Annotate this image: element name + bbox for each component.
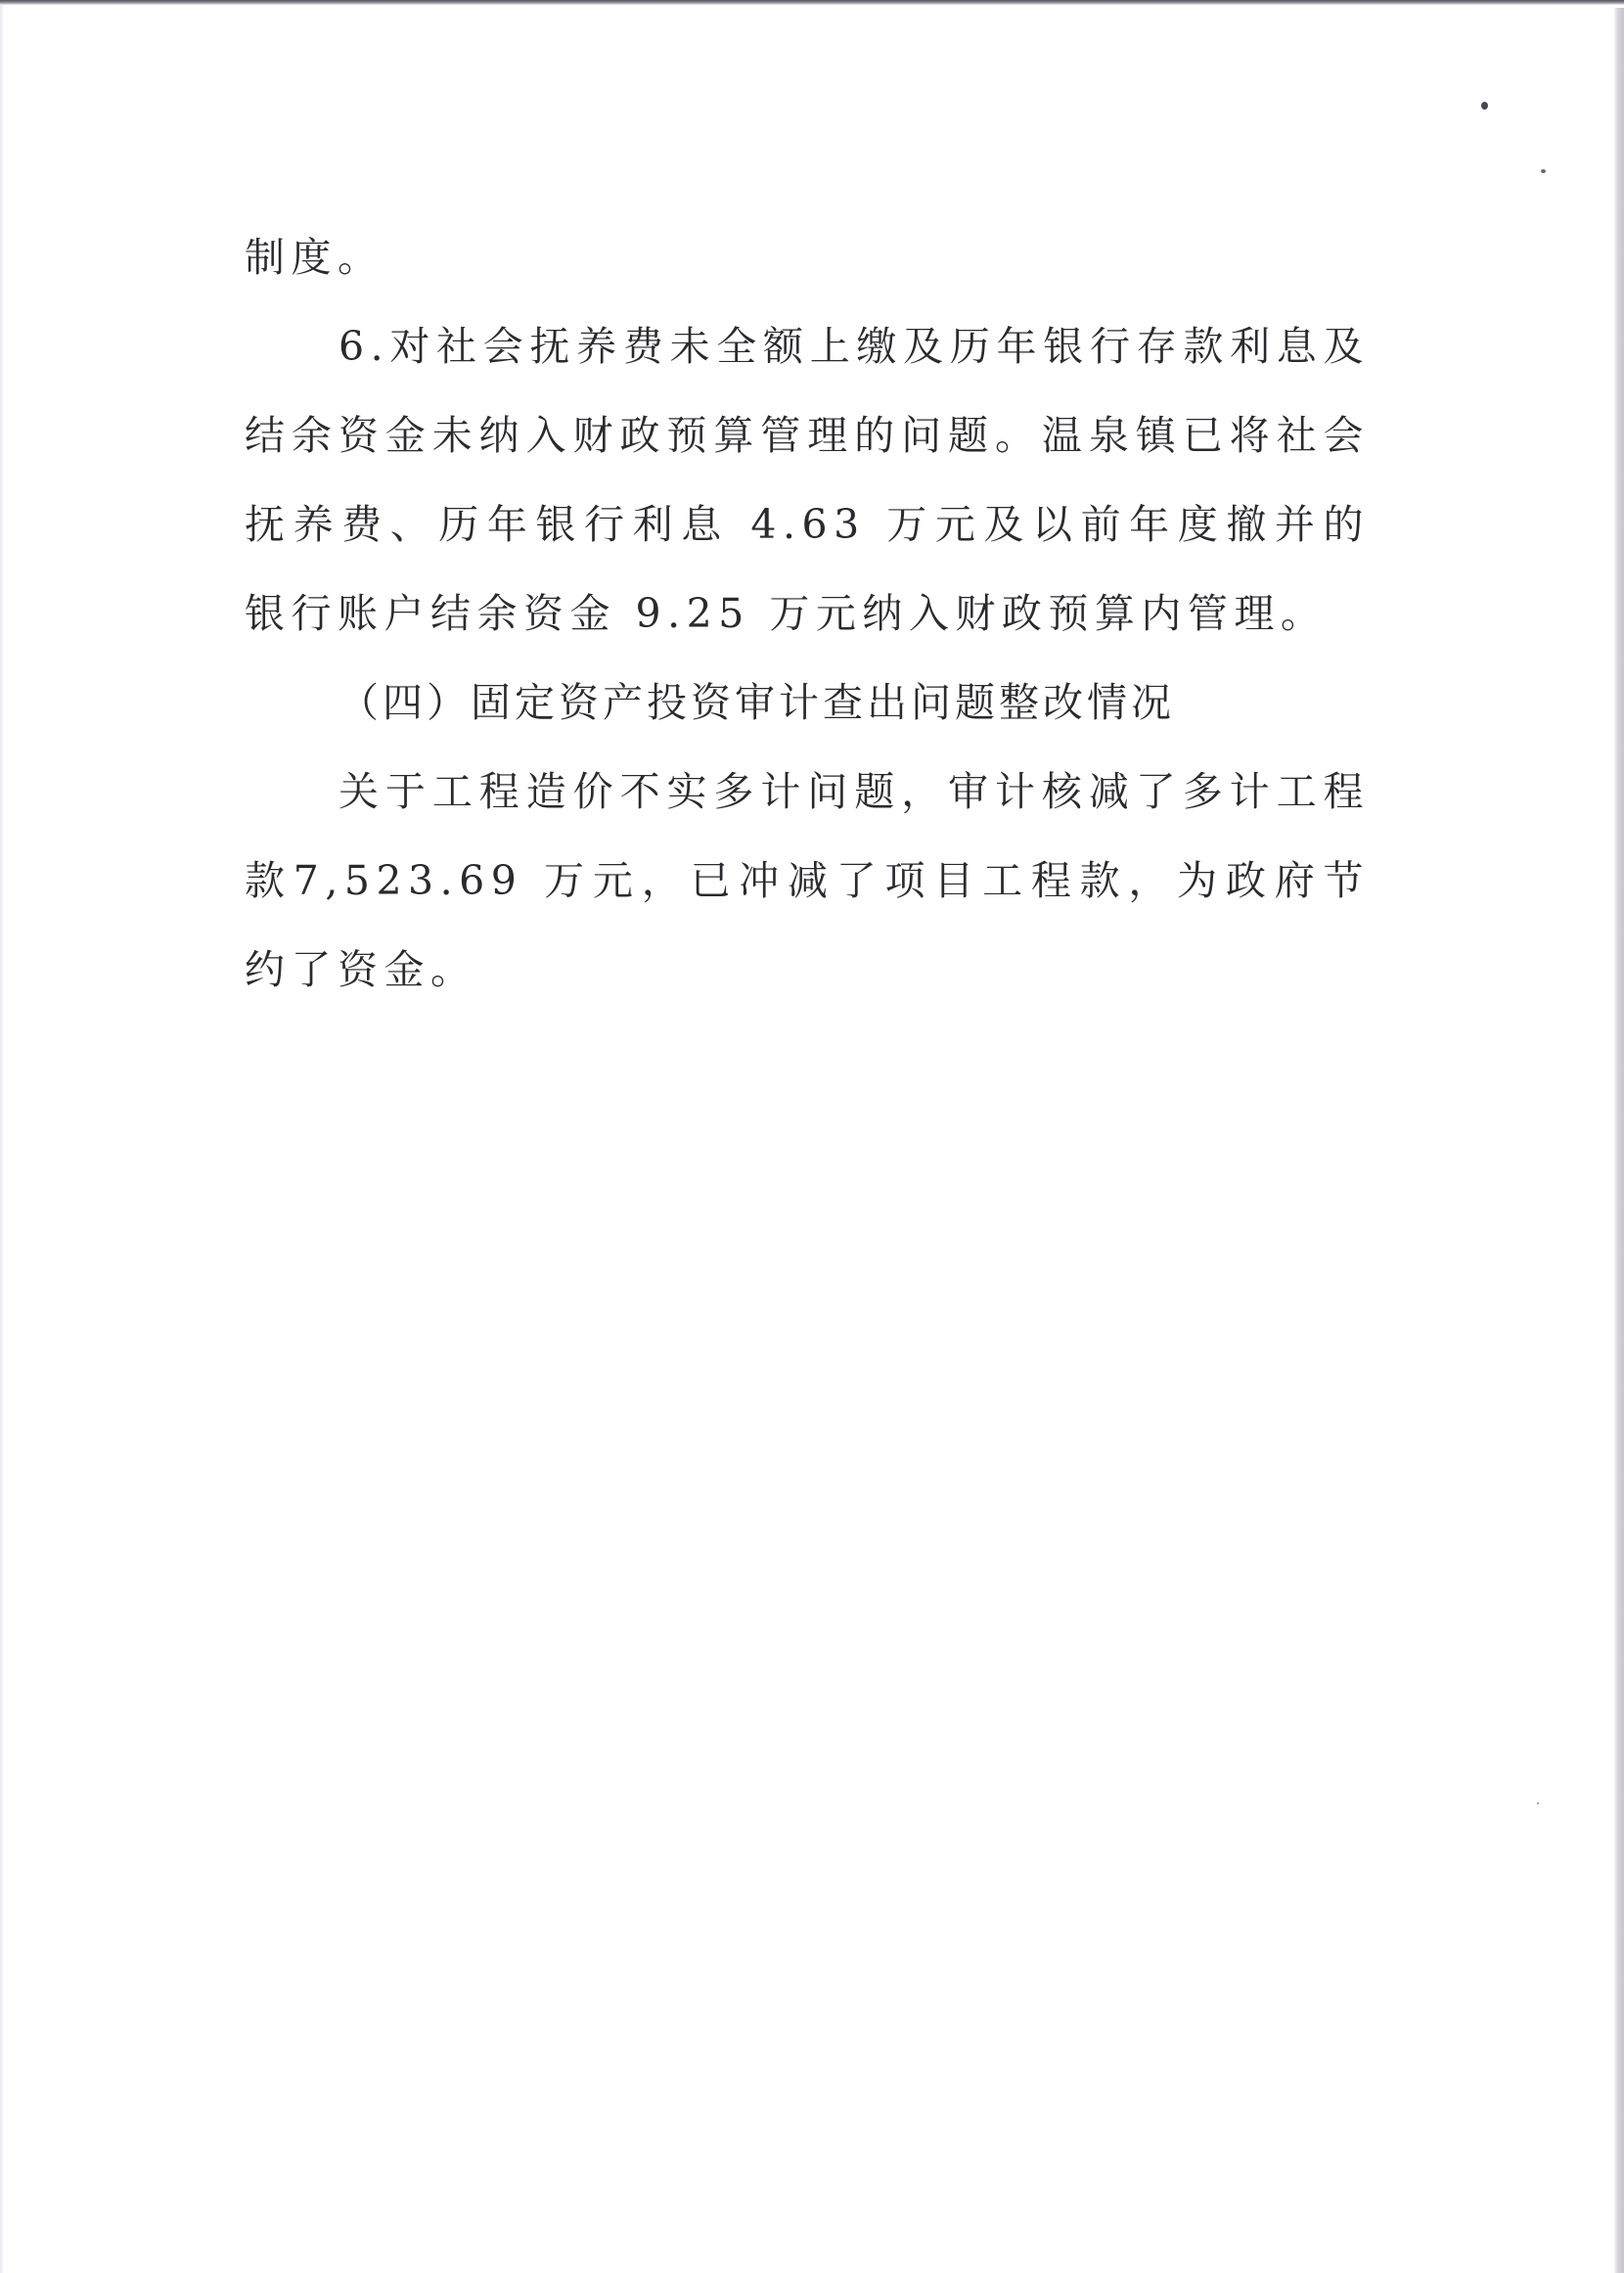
document-page-body: 制度。 6.对社会抚养费未全额上缴及历年银行存款利息及结余资金未纳入财政预算管理… [245,213,1370,1015]
section-heading: （四）固定资产投资审计查出问题整改情况 [245,659,1370,748]
scan-speck [1537,1802,1539,1804]
scan-speck [1541,169,1546,173]
paragraph-fixed-asset-audit: 关于工程造价不实多计问题，审计核减了多计工程款7,523.69 万元，已冲减了项… [245,748,1370,1015]
paragraph-continuation: 制度。 [245,213,1370,302]
scan-right-edge [1614,8,1624,2273]
scan-left-edge [0,5,4,2273]
scan-speck [1481,102,1488,110]
scan-top-edge [0,0,1624,5]
paragraph-item-6: 6.对社会抚养费未全额上缴及历年银行存款利息及结余资金未纳入财政预算管理的问题。… [245,302,1370,659]
